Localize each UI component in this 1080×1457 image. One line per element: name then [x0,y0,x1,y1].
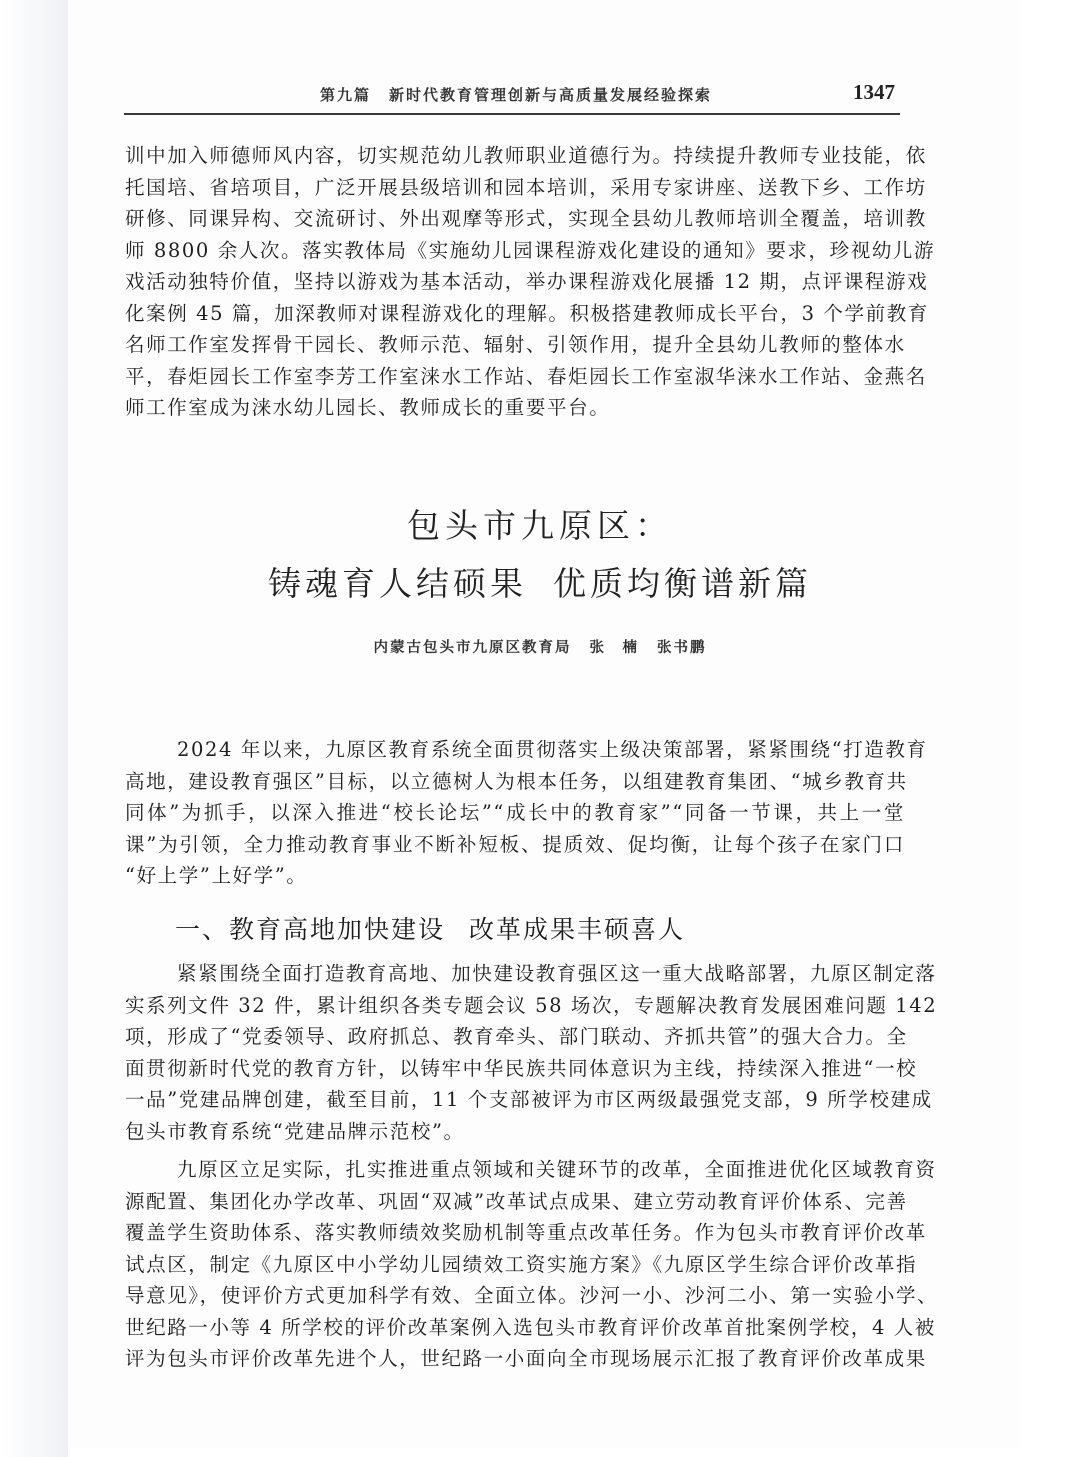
text-line: 师 8800 余人次。落实教体局《实施幼儿园课程游戏化建设的通知》要求，珍视幼儿… [125,235,905,267]
section-paragraph-1: 紧紧围绕全面打造教育高地、加快建设教育强区这一重大战略部署，九原区制定落 实系列… [125,958,905,1147]
text-line: 托国培、省培项目，广泛开展县级培训和园本培训，采用专家讲座、送教下乡、工作坊 [125,172,905,204]
text-line: 2024 年以来，九原区教育系统全面贯彻落实上级决策部署，紧紧围绕“打造教育 [125,734,905,766]
article-title-line1: 包头市九原区： [0,500,1080,547]
text-line: 戏活动独特价值，坚持以游戏为基本活动，举办课程游戏化展播 12 期，点评课程游戏 [125,266,905,298]
part-label: 第九篇 [320,86,371,104]
text-line: 紧紧围绕全面打造教育高地、加快建设教育强区这一重大战略部署，九原区制定落 [125,958,905,990]
text-line: 一品”党建品牌创建，截至目前，11 个支部被评为市区两级最强党支部，9 所学校建… [125,1084,905,1116]
section-heading-part-b: 改革成果丰硕喜人 [469,915,685,944]
text-line: 研修、同课异构、交流研讨、外出观摩等形式，实现全县幼儿教师培训全覆盖，培训教 [125,203,905,235]
running-head-title: 第九篇新时代教育管理创新与高质量发展经验探索 [320,84,712,105]
text-line: “好上学”上好学”。 [125,860,905,892]
author-name: 张书鹏 [657,639,707,656]
scan-edge-shadow [0,0,68,1457]
section-paragraph-2: 九原区立足实际，扎实推进重点领域和关键环节的改革，全面推进优化区域教育资 源配置… [125,1154,905,1375]
author-organization: 内蒙古包头市九原区教育局 [374,639,572,656]
article-title-line2: 铸魂育人结硕果优质均衡谱新篇 [0,558,1080,605]
text-line: 平，春炬园长工作室李芳工作室涞水工作站、春炬园长工作室淑华涞水工作站、金燕名 [125,361,905,393]
text-line: 化案例 45 篇，加深教师对课程游戏化的理解。积极搭建教师成长平台，3 个学前教… [125,298,905,330]
section-heading: 一、教育高地加快建设改革成果丰硕喜人 [175,910,685,946]
intro-paragraph: 2024 年以来，九原区教育系统全面贯彻落实上级决策部署，紧紧围绕“打造教育 高… [125,734,905,892]
text-line: 导意见》，使评价方式更加科学有效、全面立体。沙河一小、沙河二小、第一实验小学、 [125,1280,905,1312]
title-phrase-a: 铸魂育人结硕果 [268,564,527,603]
text-line: 世纪路一小等 4 所学校的评价改革案例入选包头市教育评价改革首批案例学校，4 人… [125,1312,905,1344]
author-name: 张 楠 [590,639,640,656]
text-line: 项，形成了“党委领导、政府抓总、教育牵头、部门联动、齐抓共管”的强大合力。全 [125,1021,905,1053]
section-heading-part-a: 一、教育高地加快建设 [175,915,445,944]
text-line: 师工作室成为涞水幼儿园长、教师成长的重要平台。 [125,392,905,424]
text-line: 评为包头市评价改革先进个人，世纪路一小面向全市现场展示汇报了教育评价改革成果 [125,1343,905,1375]
text-line: 试点区，制定《九原区中小学幼儿园绩效工资实施方案》《九原区学生综合评价改革指 [125,1249,905,1281]
text-line: 九原区立足实际，扎实推进重点领域和关键环节的改革，全面推进优化区域教育资 [125,1154,905,1186]
text-line: 源配置、集团化办学改革、巩固“双减”改革试点成果、建立劳动教育评价体系、完善 [125,1186,905,1218]
header-rule [124,113,900,115]
text-line: 训中加入师德师风内容，切实规范幼儿教师职业道德行为。持续提升教师专业技能，依 [125,140,905,172]
text-line: 面贯彻新时代党的教育方针，以铸牢中华民族共同体意识为主线，持续深入推进“一校 [125,1053,905,1085]
text-line: 包头市教育系统“党建品牌示范校”。 [125,1116,905,1148]
running-head: 第九篇新时代教育管理创新与高质量发展经验探索 1347 [125,78,895,110]
text-line: 覆盖学生资助体系、落实教师绩效奖励机制等重点改革任务。作为包头市教育评价改革 [125,1217,905,1249]
byline: 内蒙古包头市九原区教育局张 楠张书鹏 [0,636,1080,657]
page-number: 1347 [853,80,895,105]
book-title: 新时代教育管理创新与高质量发展经验探索 [389,86,712,104]
title-phrase-b: 优质均衡谱新篇 [553,564,812,603]
text-line: 名师工作室发挥骨干园长、教师示范、辐射、引领作用，提升全县幼儿教师的整体水 [125,329,905,361]
text-line: 同体”为抓手，以深入推进“校长论坛”“成长中的教育家”“同备一节课，共上一堂 [125,797,905,829]
text-line: 实系列文件 32 件，累计组织各类专题会议 58 场次，专题解决教育发展困难问题… [125,990,905,1022]
text-line: 高地，建设教育强区”目标，以立德树人为根本任务，以组建教育集团、“城乡教育共 [125,766,905,798]
text-line: 课”为引领，全力推动教育事业不断补短板、提质效、促均衡，让每个孩子在家门口 [125,829,905,861]
continued-paragraph: 训中加入师德师风内容，切实规范幼儿教师职业道德行为。持续提升教师专业技能，依 托… [125,140,905,424]
